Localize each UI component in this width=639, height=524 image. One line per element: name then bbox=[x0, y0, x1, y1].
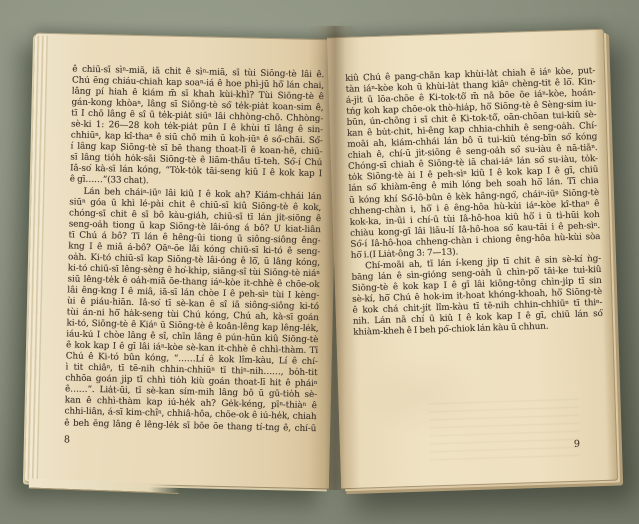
left-page: ê chiū-sī sìn-miā, iā chit ê sìn-miā, sī… bbox=[25, 33, 339, 490]
left-page-text: ê chiū-sī sìn-miā, iā chit ê sìn-miā, sī… bbox=[64, 64, 324, 434]
right-page-number: 9 bbox=[574, 439, 580, 450]
left-page-fore-edge bbox=[25, 36, 48, 480]
left-page-bottom-edge bbox=[29, 479, 179, 494]
right-page-text: kiû Chú ê pang-chān kap khùi-la̍t chiah … bbox=[345, 66, 603, 339]
right-page-ink-bleed bbox=[429, 399, 581, 464]
right-page: kiû Chú ê pang-chān kap khùi-la̍t chiah … bbox=[327, 29, 618, 489]
book-photo: ê chiū-sī sìn-miā, iā chit ê sìn-miā, sī… bbox=[0, 0, 639, 524]
left-page-number: 8 bbox=[64, 434, 70, 445]
